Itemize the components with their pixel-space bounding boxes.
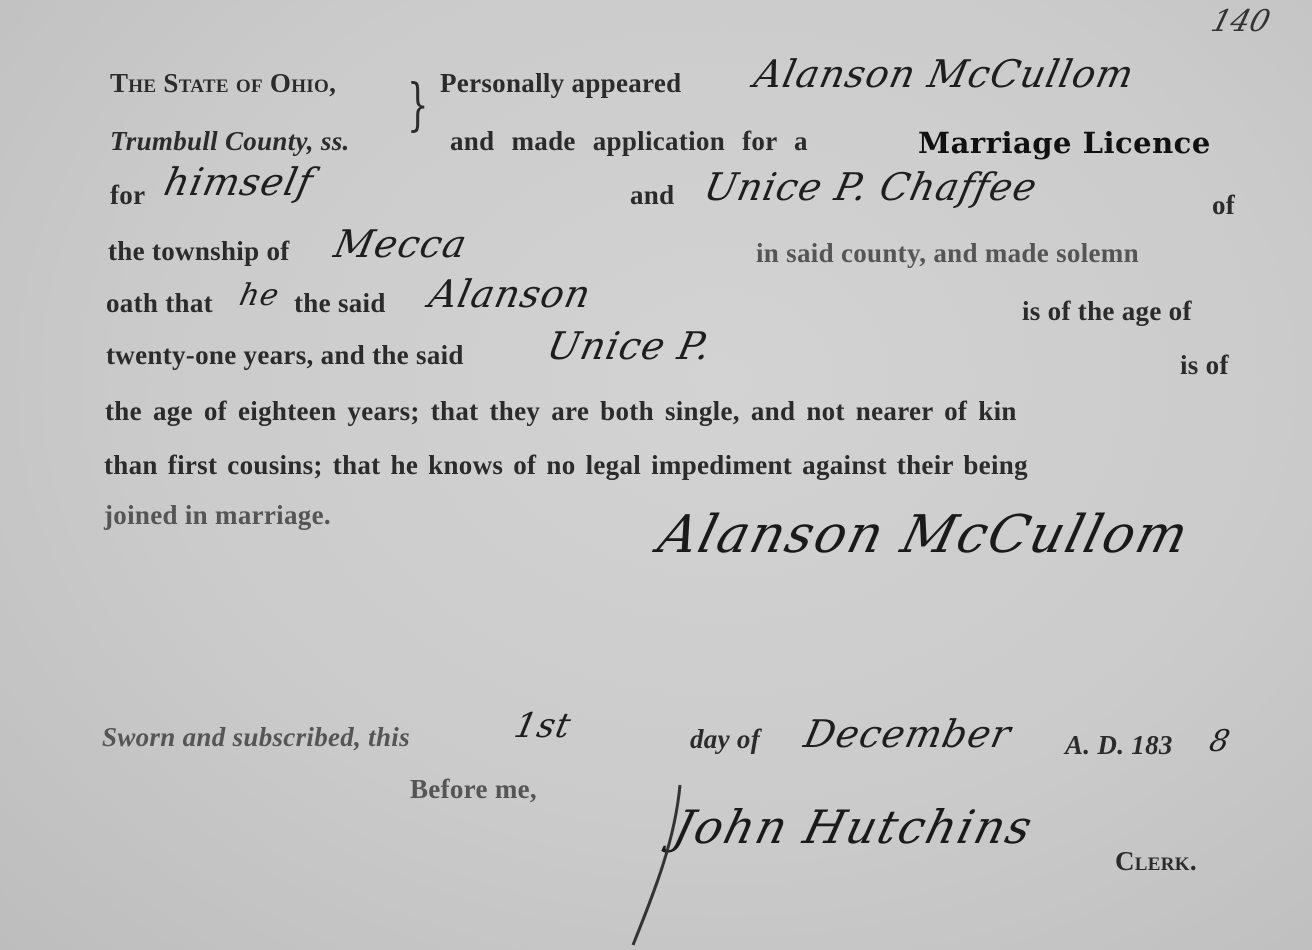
of-text: of	[1212, 190, 1235, 221]
clerk-title: Clerk.	[1115, 846, 1197, 877]
marriage-licence-title: Marriage Licence	[918, 126, 1211, 160]
day-of-text: day of	[690, 724, 760, 755]
oath-suffix: is of the age of	[1022, 296, 1192, 327]
age-suffix: is of	[1180, 350, 1229, 381]
and-text: and	[630, 180, 674, 211]
age-label: twenty-one years, and the said	[106, 340, 464, 371]
body-line-2: than first cousins; that he knows of no …	[104, 450, 1028, 481]
partner-name-handwritten: Unice P. Chaffee	[700, 165, 1041, 209]
application-text: and made application for a	[450, 126, 808, 157]
document-page: 140 The State of Ohio, Trumbull County, …	[0, 0, 1312, 950]
oath-pronoun-handwritten: he	[236, 278, 283, 313]
applicant-name-handwritten: Alanson McCullom	[750, 52, 1138, 96]
township-suffix: in said county, and made solemn	[756, 238, 1139, 269]
oath-name-handwritten: Alanson	[425, 272, 595, 316]
clerk-signature: John Hutchins	[668, 800, 1039, 854]
sworn-label: Sworn and subscribed, this	[102, 722, 410, 753]
brace-icon: }	[407, 78, 428, 134]
body-line-3: joined in marriage.	[104, 500, 331, 531]
ad-label: A. D. 183	[1065, 730, 1173, 761]
signature-flourish-icon	[625, 780, 705, 950]
for-text: for	[110, 180, 145, 211]
page-number: 140	[1207, 4, 1274, 39]
month-handwritten: December	[800, 712, 1015, 756]
year-digit-handwritten: 8	[1206, 724, 1234, 759]
age-name-handwritten: Unice P.	[543, 324, 715, 368]
state-heading: The State of Ohio,	[110, 68, 336, 99]
sworn-day-handwritten: 1st	[511, 706, 575, 746]
township-label: the township of	[108, 236, 290, 267]
oath-label: oath that	[106, 288, 213, 319]
oath-mid-text: the said	[294, 288, 386, 319]
township-handwritten: Mecca	[330, 222, 471, 266]
for-handwritten: himself	[160, 160, 317, 204]
before-me-text: Before me,	[410, 774, 537, 805]
body-line-1: the age of eighteen years; that they are…	[105, 396, 1017, 427]
applicant-signature: Alanson McCullom	[653, 505, 1196, 565]
personally-appeared-text: Personally appeared	[440, 68, 681, 99]
county-heading: Trumbull County, ss.	[110, 126, 350, 157]
